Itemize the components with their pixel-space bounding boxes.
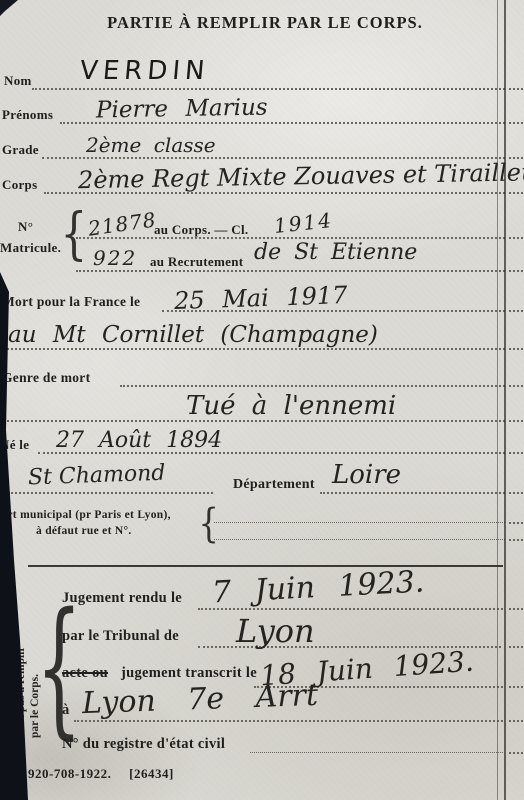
arrondissement-line1: [214, 522, 505, 523]
lieu-mort-line: [0, 348, 505, 350]
departement-label: Département: [233, 477, 315, 493]
margin-dot-stub: [509, 192, 523, 194]
margin-dot-stub: [509, 452, 523, 454]
margin-dot-stub: [509, 752, 523, 754]
matricule-brace: {: [60, 205, 87, 265]
print-code: 920-708-1922. [26434]: [28, 766, 174, 782]
print-code-reference: [26434]: [129, 766, 174, 781]
margin-dot-stub: [509, 122, 523, 124]
transcrit-lieu-line: [74, 720, 503, 722]
arrondissement-line2: [214, 539, 505, 540]
margin-dot-stub: [509, 310, 523, 312]
margin-dot-stub: [509, 270, 523, 272]
margin-dot-stub: [509, 646, 523, 648]
nom-label: Nom: [4, 73, 32, 89]
departement-handwritten-value: Loire: [332, 460, 401, 490]
jugement-rendu-handwritten-date: 7 Juin 1923.: [211, 564, 425, 610]
genre-mort-label: Genre de mort: [2, 370, 90, 386]
arrondissement-label-line1: rrt municipal (pr Paris et Lyon),: [2, 509, 171, 521]
card-border-line-inner: [504, 0, 506, 800]
nom-handwritten-value: VERDIN: [79, 56, 211, 86]
margin-dot-stub: [509, 539, 523, 541]
margin-dot-stub: [509, 720, 523, 722]
transcrit-lieu-label: à: [62, 702, 70, 719]
matricule-recrutement-line: [76, 270, 505, 272]
lieu-mort-handwritten-value: au Mt Cornillet (Champagne): [8, 322, 378, 348]
naissance-handwritten-date: 27 Août 1894: [56, 428, 222, 453]
margin-dot-stub: [509, 420, 523, 422]
print-code-number: 920-708-1922.: [28, 766, 111, 781]
matricule-classe-value: 1914: [273, 208, 334, 238]
lieu-naissance-line: [8, 492, 213, 494]
registre-label: N° du registre d'état civil: [62, 736, 225, 753]
grade-line: [42, 157, 505, 159]
margin-dot-stub: [509, 157, 523, 159]
genre-mort-line1: [120, 385, 505, 387]
matricule-no-label: N°: [18, 219, 33, 235]
tribunal-handwritten-value: Lyon: [236, 612, 315, 650]
matricule-recrutement-place: de St Etienne: [254, 240, 417, 265]
grade-label: Grade: [2, 142, 39, 158]
arrondissement-label-line2: à défaut rue et N°.: [36, 525, 132, 537]
margin-dot-stub: [509, 686, 523, 688]
matricule-recrutement-label: au Recrutement: [150, 254, 243, 270]
transcrit-label: jugement transcrit le: [121, 665, 257, 682]
matricule-corps-line: [76, 237, 505, 239]
tribunal-label: par le Tribunal de: [62, 628, 179, 645]
section-divider: [28, 565, 503, 567]
matricule-corps-label: au Corps. — Cl.: [154, 222, 248, 238]
corps-label: Corps: [2, 177, 37, 193]
lieu-naissance-handwritten-value: St Chamond: [28, 461, 166, 491]
prenoms-label: Prénoms: [2, 107, 53, 123]
margin-dot-stub: [509, 608, 523, 610]
transcrit-lieu-handwritten-value: Lyon 7e Arrt: [81, 678, 318, 721]
grade-handwritten-value: 2ème classe: [86, 133, 216, 157]
transcrit-struck-label: acte ou: [62, 665, 108, 682]
mort-france-label: Mort pour la France le: [2, 294, 140, 310]
margin-dot-stub: [509, 88, 523, 90]
military-death-record-card: PARTIE À REMPLIR PAR LE CORPS. Nom VERDI…: [0, 0, 524, 800]
corps-handwritten-value: 2ème Regt Mixte Zouaves et Tirailleurs: [78, 158, 524, 194]
matricule-corps-number: 21878: [87, 207, 158, 240]
matricule-recrutement-number: 922: [93, 246, 137, 270]
nom-line: [32, 88, 505, 90]
scan-edge-shadow-corner: [0, 0, 22, 20]
departement-line: [320, 492, 505, 494]
card-border-line-outer: [497, 0, 498, 800]
margin-dot-stub: [509, 385, 523, 387]
matricule-name-label: Matricule.: [0, 240, 61, 256]
margin-dot-stub: [509, 348, 523, 350]
margin-dot-stub: [509, 237, 523, 239]
genre-mort-handwritten-value: Tué à l'ennemi: [186, 391, 396, 421]
margin-dot-stub: [509, 492, 523, 494]
form-title: PARTIE À REMPLIR PAR LE CORPS.: [70, 13, 460, 33]
margin-dot-stub: [509, 522, 523, 524]
registre-line: [250, 752, 503, 753]
jugement-rendu-label: Jugement rendu le: [62, 590, 182, 607]
prenoms-handwritten-value: Pierre Marius: [96, 95, 268, 124]
